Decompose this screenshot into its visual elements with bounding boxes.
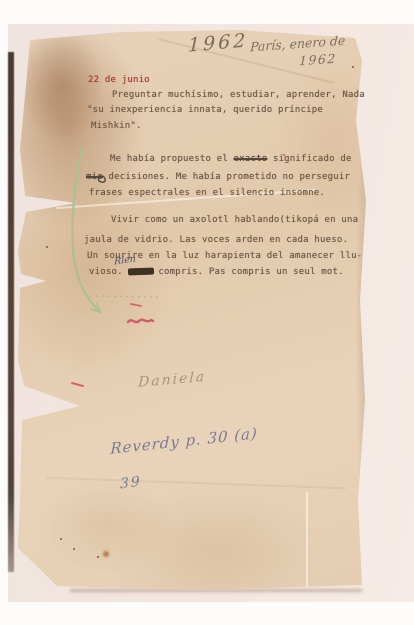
typed-paragraph3-line4: vioso. compris. Pas compris un seul mot. [89, 266, 344, 278]
typed-paragraph3-line2: jaula de vidrio. Las voces arden en cada… [84, 234, 348, 246]
overstruck-word-blob [128, 268, 154, 276]
typed-text-segment: compris. Pas compris un seul mot. [158, 267, 343, 277]
typed-paragraph3-line1: Vivir como un axolotl hablando(tikopá en… [111, 214, 358, 226]
handwritten-page-number: 39 [120, 473, 142, 492]
struck-word-exacto: exacto [234, 154, 268, 164]
typed-paragraph1-line1: Preguntar muchísimo, estudiar, aprender,… [112, 89, 365, 101]
typed-text-segment: decisiones. Me había prometido no perseg… [103, 172, 350, 182]
typed-paragraph2-line2: mis decisiones. Me había prometido no pe… [86, 171, 350, 183]
typed-paragraph2-line3: frases espectrales en el silencio insomn… [89, 187, 325, 199]
typed-text-segment: Me había propuesto el [110, 154, 234, 164]
typed-text-segment: vioso. [89, 267, 128, 277]
typed-paragraph1-line3: Mishkin". [91, 120, 142, 132]
handwritten-year-small: 1962 [299, 51, 337, 69]
red-pencil-dash [131, 304, 141, 306]
red-pencil-dash-2 [72, 383, 83, 386]
struck-word-mis: mis [86, 172, 103, 182]
red-pencil-squiggle [128, 320, 153, 322]
typed-paragraph2-line1: Me había propuesto el exacto significado… [110, 153, 352, 165]
typed-text-segment: significado de [267, 154, 351, 164]
typed-date-line: 22 de junio [88, 74, 150, 86]
typed-paragraph1-line2: "su inexperiencia innata, querido prínci… [87, 104, 323, 116]
screenshot-canvas: 1962 París, enero de 1962 22 de junio Pr… [0, 0, 414, 625]
erased-line-remnant [90, 296, 160, 297]
